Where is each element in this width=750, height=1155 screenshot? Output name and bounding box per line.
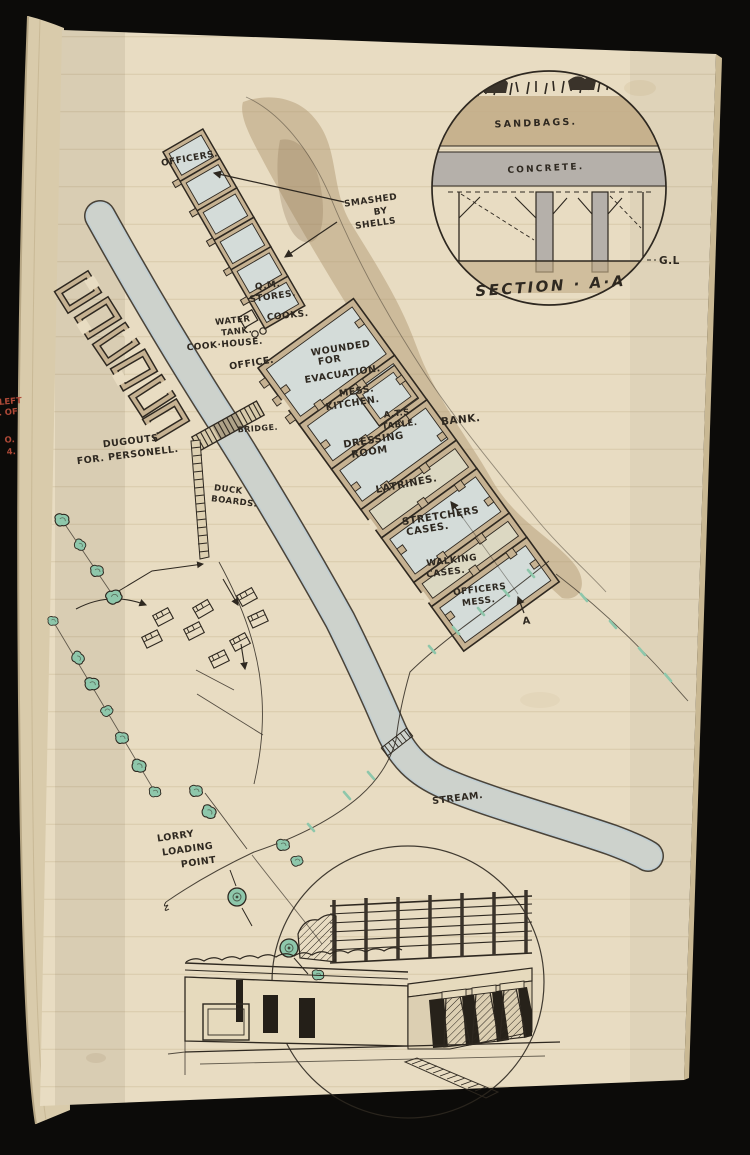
- doorway: [299, 998, 315, 1038]
- front-wall: [185, 977, 408, 1046]
- scanned-notebook-page: E.LEFT S. OF O. 4.: [0, 0, 750, 1155]
- label-smashed-2: BY: [373, 206, 388, 218]
- margin-fragment-3: O.: [4, 435, 15, 446]
- margin-fragment-4: 4.: [6, 447, 16, 458]
- label-ground-level: G.L: [659, 255, 680, 267]
- margin-fragment-2: S. OF: [0, 407, 18, 419]
- label-section-marker-a: A: [522, 616, 531, 628]
- wall-slit: [236, 980, 243, 1022]
- doorway: [263, 995, 278, 1033]
- drawing-canvas: E.LEFT S. OF O. 4.: [0, 0, 750, 1155]
